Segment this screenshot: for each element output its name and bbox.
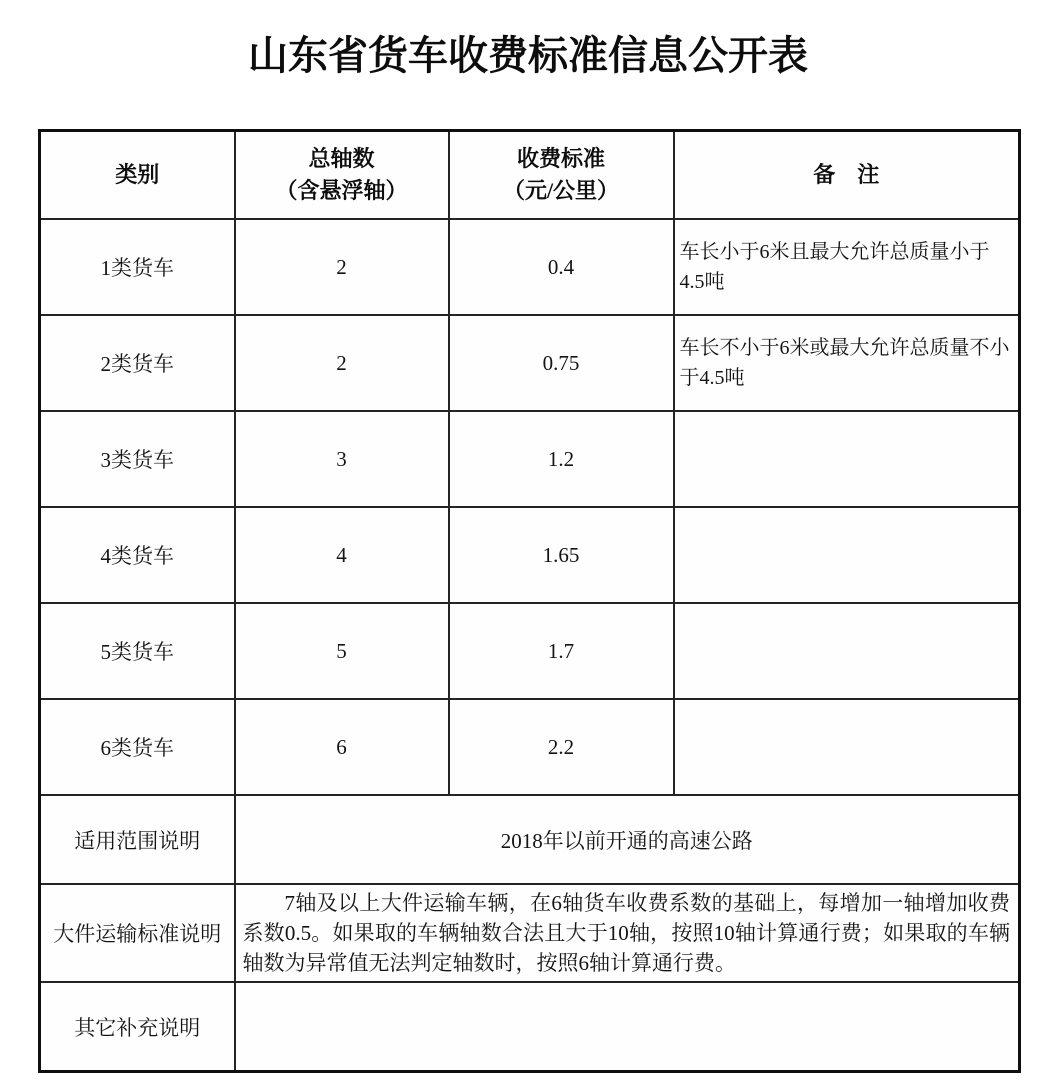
rate-cell: 1.7 <box>449 603 674 699</box>
truck-row-3: 3类货车 3 1.2 <box>40 411 1020 507</box>
page-title: 山东省货车收费标准信息公开表 <box>38 24 1018 81</box>
category-cell: 2类货车 <box>40 315 235 411</box>
note-row-oversize-transport: 大件运输标准说明 7轴及以上大件运输车辆，在6轴货车收费系数的基础上，每增加一轴… <box>40 884 1020 982</box>
header-cell-remark: 备 注 <box>674 131 1020 220</box>
note-paragraph: 7轴及以上大件运输车辆，在6轴货车收费系数的基础上，每增加一轴增加收费系数0.5… <box>236 885 1019 981</box>
note-content-cell: 7轴及以上大件运输车辆，在6轴货车收费系数的基础上，每增加一轴增加收费系数0.5… <box>235 884 1020 982</box>
axle-count-cell: 2 <box>235 219 449 315</box>
truck-row-6: 6类货车 6 2.2 <box>40 699 1020 795</box>
note-label-cell: 其它补充说明 <box>40 982 235 1072</box>
note-label-cell: 大件运输标准说明 <box>40 884 235 982</box>
note-row-scope: 适用范围说明 2018年以前开通的高速公路 <box>40 795 1020 884</box>
remark-cell: 车长不小于6米或最大允许总质量不小于4.5吨 <box>674 315 1020 411</box>
header-cell-axles: 总轴数 （含悬浮轴） <box>235 131 449 220</box>
note-row-other: 其它补充说明 <box>40 982 1020 1072</box>
document-page: 山东省货车收费标准信息公开表 类别 总轴数 （含悬浮轴） 收费标准 （元/公里）… <box>0 0 1049 1081</box>
category-cell: 6类货车 <box>40 699 235 795</box>
axle-count-cell: 3 <box>235 411 449 507</box>
axle-count-cell: 4 <box>235 507 449 603</box>
note-content-cell: 2018年以前开通的高速公路 <box>235 795 1020 884</box>
rate-cell: 1.2 <box>449 411 674 507</box>
header-cell-category: 类别 <box>40 131 235 220</box>
rate-cell: 0.4 <box>449 219 674 315</box>
remark-cell <box>674 603 1020 699</box>
remark-cell: 车长小于6米且最大允许总质量小于4.5吨 <box>674 219 1020 315</box>
remark-cell <box>674 507 1020 603</box>
note-content-cell <box>235 982 1020 1072</box>
truck-row-4: 4类货车 4 1.65 <box>40 507 1020 603</box>
truck-row-1: 1类货车 2 0.4 车长小于6米且最大允许总质量小于4.5吨 <box>40 219 1020 315</box>
fee-table: 类别 总轴数 （含悬浮轴） 收费标准 （元/公里） 备 注 1类货车 2 0.4… <box>38 129 1021 1073</box>
remark-cell <box>674 699 1020 795</box>
rate-cell: 2.2 <box>449 699 674 795</box>
category-cell: 3类货车 <box>40 411 235 507</box>
category-cell: 1类货车 <box>40 219 235 315</box>
category-cell: 5类货车 <box>40 603 235 699</box>
axle-count-cell: 6 <box>235 699 449 795</box>
table-header-row: 类别 总轴数 （含悬浮轴） 收费标准 （元/公里） 备 注 <box>40 131 1020 220</box>
rate-cell: 0.75 <box>449 315 674 411</box>
axle-count-cell: 5 <box>235 603 449 699</box>
note-label-cell: 适用范围说明 <box>40 795 235 884</box>
remark-cell <box>674 411 1020 507</box>
truck-row-5: 5类货车 5 1.7 <box>40 603 1020 699</box>
truck-row-2: 2类货车 2 0.75 车长不小于6米或最大允许总质量不小于4.5吨 <box>40 315 1020 411</box>
rate-cell: 1.65 <box>449 507 674 603</box>
axle-count-cell: 2 <box>235 315 449 411</box>
category-cell: 4类货车 <box>40 507 235 603</box>
header-cell-rate: 收费标准 （元/公里） <box>449 131 674 220</box>
